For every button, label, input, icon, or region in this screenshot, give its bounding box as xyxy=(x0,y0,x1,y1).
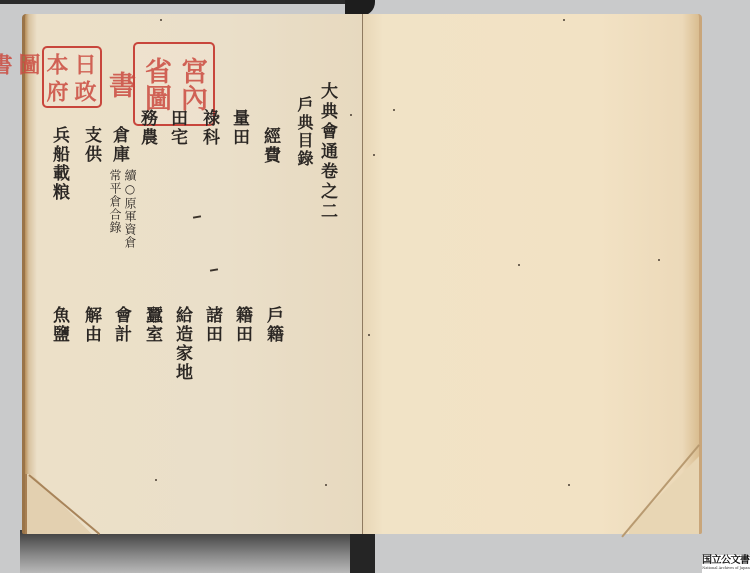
seal-1-chars-2: 圖書 xyxy=(0,50,42,77)
ink-speck xyxy=(160,19,162,21)
toc-note: 常平倉合錄 xyxy=(107,169,124,234)
volume-title: 大典會通卷之二 xyxy=(315,82,340,222)
ink-speck xyxy=(393,109,395,111)
seal-1-chars-1: 政府 xyxy=(42,77,98,104)
ink-mark xyxy=(210,268,218,271)
corner-fold xyxy=(629,444,699,534)
toc-note: 續○原軍資倉 xyxy=(122,169,139,249)
bottom-shadow xyxy=(20,530,375,573)
ink-speck xyxy=(155,479,157,481)
toc-item: 戶籍 xyxy=(261,306,286,344)
toc-item: 會計 xyxy=(109,306,134,344)
corner-fold xyxy=(25,474,97,534)
ink-speck xyxy=(658,259,660,261)
spine-shadow-bottom xyxy=(350,530,375,573)
toc-item: 倉庫 xyxy=(107,126,132,164)
toc-item: 經費 xyxy=(258,127,283,165)
toc-item: 魚鹽 xyxy=(47,306,72,344)
ink-speck xyxy=(350,114,352,116)
toc-item: 給造家地 xyxy=(170,306,195,382)
toc-item: 田宅 xyxy=(165,109,190,147)
toc-item: 諸田 xyxy=(200,306,225,344)
toc-item: 蠶室 xyxy=(140,306,165,344)
toc-item: 兵船載粮 xyxy=(47,126,72,202)
toc-item: 籍田 xyxy=(230,306,255,344)
archive-watermark: 国立公文書館 National Archives of Japan xyxy=(702,555,750,573)
ink-speck xyxy=(368,334,370,336)
right-page xyxy=(362,14,702,534)
watermark-label-en: National Archives of Japan xyxy=(702,566,750,571)
toc-item: 量田 xyxy=(227,109,252,147)
toc-item: 務農 xyxy=(135,109,160,147)
seal-japan-government-library: 日本 政府 圖書 xyxy=(42,46,102,108)
toc-item: 支供 xyxy=(79,126,104,164)
top-shadow xyxy=(0,0,365,4)
seal-1-chars-0: 日本 xyxy=(42,50,98,77)
ink-speck xyxy=(563,19,565,21)
watermark-label-cn: 国立公文書館 xyxy=(702,555,750,566)
left-page: 日本 政府 圖書 宮內 省圖 書 大典會通卷之二 戶典目錄 經費 量田 祿科 田… xyxy=(22,14,362,534)
ink-speck xyxy=(373,154,375,156)
ink-speck xyxy=(325,484,327,486)
ink-speck xyxy=(518,264,520,266)
section-subtitle: 戶典目錄 xyxy=(293,96,316,168)
ink-speck xyxy=(568,484,570,486)
open-book: 日本 政府 圖書 宮內 省圖 書 大典會通卷之二 戶典目錄 經費 量田 祿科 田… xyxy=(22,14,702,534)
ink-mark xyxy=(193,215,201,218)
seal-2-chars-2: 書 xyxy=(101,48,137,120)
toc-item: 祿科 xyxy=(197,109,222,147)
toc-item: 解由 xyxy=(79,306,104,344)
